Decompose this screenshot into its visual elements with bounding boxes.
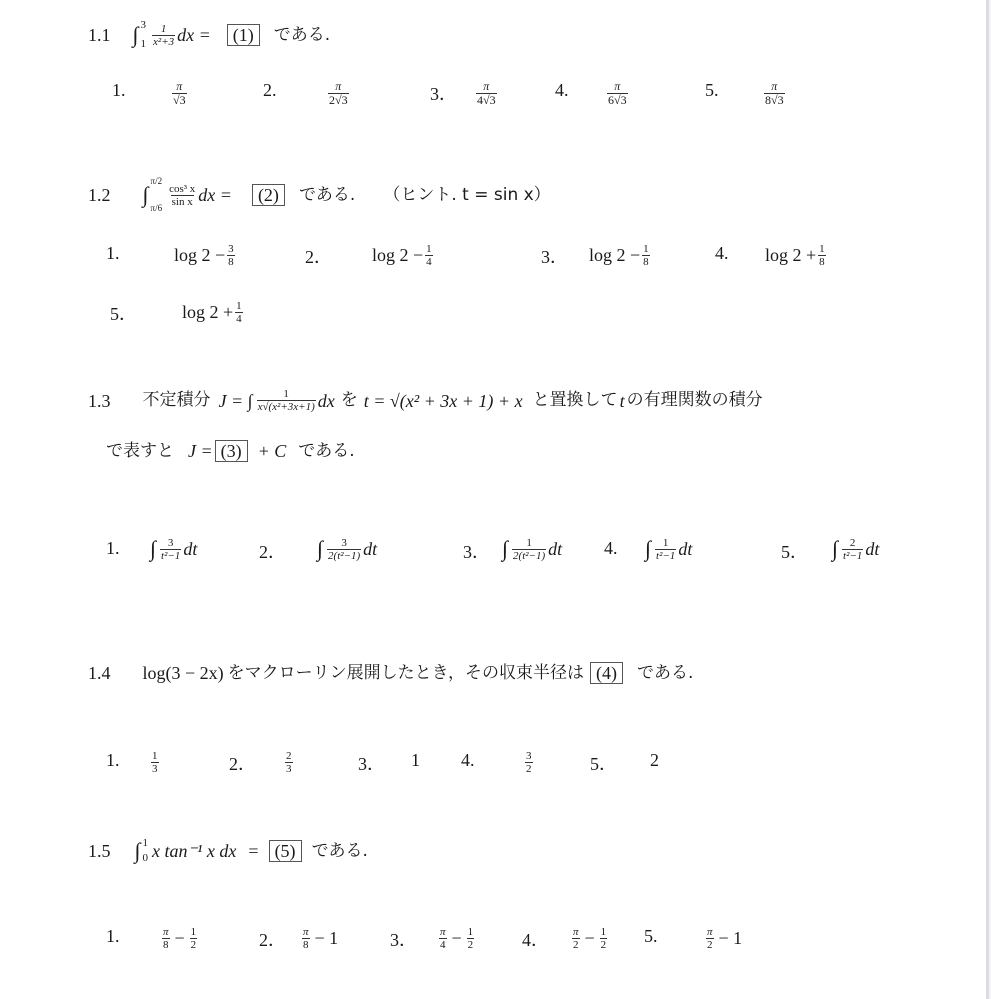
integral-limits: π/2 π/6 [151,177,163,213]
text-rational-integral: の有理関数の積分 [627,392,763,409]
option-5-value: log 2 +14 [182,300,245,325]
suffix-text: である. [637,665,693,682]
option-4[interactable]: 4. [555,80,569,101]
answer-blank-4: (4) [590,662,623,684]
option-2[interactable]: 2． [305,243,332,269]
text-expressed: で表すと [106,443,174,460]
integral-sign: ∫ [135,840,141,862]
option-1[interactable]: 1. [106,243,120,264]
dx-equals: dx = [177,26,211,44]
integrand-fraction: cos³ x sin x [168,183,196,208]
option-5[interactable]: 5． [590,750,617,776]
dx: dx [318,392,335,410]
option-3-value: 1 [411,750,420,771]
option-4[interactable]: 4． [522,926,549,952]
option-4[interactable]: 4. [715,243,729,264]
integral-sign: ∫ [143,184,149,206]
option-1[interactable]: 1. [106,926,120,947]
problem-number: 1.5 [88,842,111,860]
option-5-value: π2− 1 [704,926,742,951]
option-4-value: 32 [523,750,535,775]
option-3[interactable]: 3． [430,80,457,106]
option-3-value: π4√3 [474,80,499,107]
problem-number: 1.1 [88,26,111,44]
option-2[interactable]: 2. [263,80,277,101]
option-3-value: π4−12 [437,926,476,951]
option-3[interactable]: 3． [390,926,417,952]
j-equals: J = [188,442,213,460]
option-5[interactable]: 5. [644,926,658,947]
hint-text: （ヒント. t = sin x） [383,187,550,204]
integrand-fraction: 1 x²+3 [152,23,175,48]
substitution: t = √(x² + 3x + 1) + x [364,392,523,410]
text-wo: を [341,392,358,409]
option-4-value: log 2 +18 [765,243,828,268]
j-equals-integral: J = ∫ [219,392,253,410]
text-indefinite-integral: 不定積分 [143,392,211,409]
problem-1-4: 1.4 log(3 − 2x) をマクローリン展開したとき，その収束半径は (4… [88,662,693,684]
option-5-value: ∫2t²−1dt [832,536,879,562]
option-5-value: 2 [650,750,659,771]
option-1-value: π8−12 [160,926,199,951]
option-2[interactable]: 2． [259,926,286,952]
dx-equals: dx = [198,186,232,204]
suffix-text: である. [274,27,330,44]
option-2-value: log 2 −14 [372,243,435,268]
option-2-value: ∫32(t²−1)dt [317,536,377,562]
option-5[interactable]: 5． [110,300,137,326]
integral-limits: 3 1 [141,20,147,50]
option-1[interactable]: 1. [112,80,126,101]
problem-1-3-line2: で表すと J = (3) + C である. [106,440,355,462]
text-substitute: と置換して [533,392,618,409]
integral-limits: 1 0 [143,838,149,864]
suffix-text: である. [299,187,355,204]
var-t: t [620,392,625,410]
option-4[interactable]: 4. [604,538,618,559]
answer-blank-3: (3) [215,440,248,462]
expression: log(3 − 2x) [143,664,224,682]
plus-c: + C [258,442,287,460]
option-4-value: ∫1t²−1dt [645,536,692,562]
option-4[interactable]: 4. [461,750,475,771]
problem-1-2: 1.2 ∫ π/2 π/6 cos³ x sin x dx = (2) である.… [88,177,551,213]
answer-blank-5: (5) [269,840,302,862]
integrand-fraction: 1 x√(x²+3x+1) [257,388,316,413]
option-4-value: π6√3 [605,80,630,107]
option-5-value: π8√3 [762,80,787,107]
option-2-value: π2√3 [326,80,351,107]
suffix-text: である. [312,843,368,860]
option-5[interactable]: 5. [705,80,719,101]
option-1-value: log 2 −38 [174,243,237,268]
option-1-value: π√3 [170,80,189,107]
option-1-value: 13 [149,750,161,775]
option-3[interactable]: 3． [358,750,385,776]
option-2-value: π8− 1 [300,926,338,951]
option-3-value: ∫12(t²−1)dt [502,536,562,562]
option-1[interactable]: 1. [106,750,120,771]
option-2[interactable]: 2． [229,750,256,776]
integrand: x tan⁻¹ x dx [152,842,236,860]
option-2[interactable]: 2． [259,538,286,564]
option-3[interactable]: 3． [463,538,490,564]
problem-text: をマクローリン展開したとき，その収束半径は [228,665,584,682]
problem-1-1: 1.1 ∫ 3 1 1 x²+3 dx = (1) である. [88,20,330,50]
problem-number: 1.2 [88,186,111,204]
problem-1-5: 1.5 ∫ 1 0 x tan⁻¹ x dx = (5) である. [88,838,368,864]
problem-1-3: 1.3 不定積分 J = ∫ 1 x√(x²+3x+1) dx を t = √(… [88,388,763,413]
option-3[interactable]: 3． [541,243,568,269]
option-5[interactable]: 5． [781,538,808,564]
option-1-value: ∫3t²−1dt [150,536,197,562]
equals: = [248,842,258,860]
option-4-value: π2−12 [570,926,609,951]
answer-blank-2: (2) [252,184,285,206]
answer-blank-1: (1) [227,24,260,46]
suffix-text: である. [298,443,354,460]
option-2-value: 23 [283,750,295,775]
problem-number: 1.4 [88,664,111,682]
integral-sign: ∫ [133,24,139,46]
problem-number: 1.3 [88,392,111,410]
option-3-value: log 2 −18 [589,243,652,268]
option-1[interactable]: 1. [106,538,120,559]
